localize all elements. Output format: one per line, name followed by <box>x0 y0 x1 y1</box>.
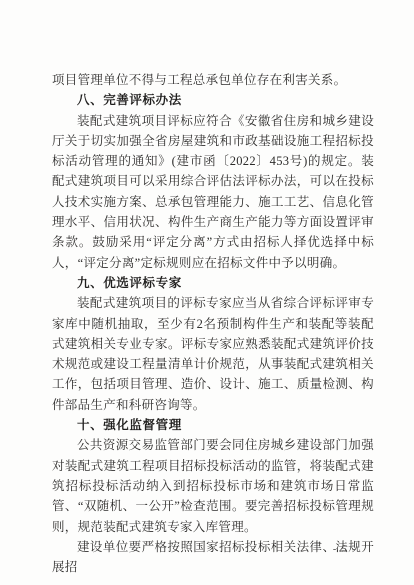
page-number: - 5 - <box>333 544 357 555</box>
paragraph-next-topic: 建设单位要严格按照国家招标投标相关法律、法规开展招 <box>52 537 374 578</box>
section-heading-9: 九、优选评标专家 <box>52 273 374 293</box>
paragraph-continuation: 项目管理单位不得与工程总承包单位存在利害关系。 <box>52 70 374 90</box>
document-body: 项目管理单位不得与工程总承包单位存在利害关系。 八、完善评标办法 装配式建筑项目… <box>52 70 374 577</box>
document-page: 项目管理单位不得与工程总承包单位存在利害关系。 八、完善评标办法 装配式建筑项目… <box>0 0 414 585</box>
paragraph-section-8: 装配式建筑项目评标应符合《安徽省住房和城乡建设厅关于切实加强全省房屋建筑和市政基… <box>52 111 374 273</box>
paragraph-section-10: 公共资源交易监管部门要会同住房城乡建设部门加强对装配式建筑工程项目招标投标活动的… <box>52 435 374 536</box>
section-heading-10: 十、强化监督管理 <box>52 415 374 435</box>
paragraph-section-9: 装配式建筑项目的评标专家应当从省综合评标评审专家库中随机抽取，至少有2名预制构件… <box>52 293 374 415</box>
section-heading-8: 八、完善评标办法 <box>52 90 374 110</box>
